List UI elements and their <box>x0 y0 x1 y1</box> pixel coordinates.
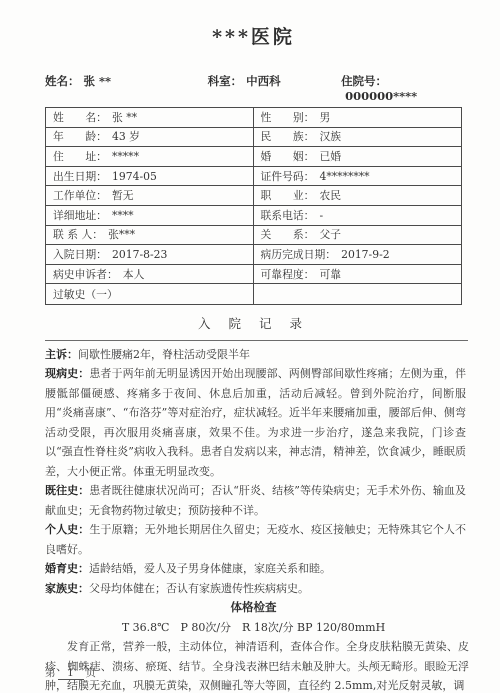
field-value: 父子 <box>319 227 341 242</box>
field-value: 已婚 <box>319 149 341 164</box>
table-cell: 工作单位：暂无 <box>46 186 254 205</box>
patient-header: 姓名：张 ** 科室：中西科 住院号：000000**** <box>45 73 462 103</box>
field-value: 农民 <box>319 188 341 203</box>
field-label: 住 址： <box>53 149 107 164</box>
personal-history: 个人史：生于原籍；无外地长期居住久留史；无疫水、疫区接触史；无特殊其它个人不良嗜… <box>45 520 466 559</box>
family-history-text: 父母均体健在；否认有家族遗传性疾病病史。 <box>89 582 309 595</box>
field-value: 男 <box>319 110 330 125</box>
table-row: 工作单位：暂无 职 业：农民 <box>46 186 461 206</box>
field-label: 民 族： <box>261 129 315 144</box>
family-history-label: 家族史： <box>45 582 89 595</box>
chief-complaint: 主诉：间歇性腰痛2年，脊柱活动受限半年 <box>45 345 466 365</box>
table-cell: 出生日期：1974-05 <box>46 167 254 186</box>
table-cell: 详细地址：**** <box>46 206 254 225</box>
table-cell: 民 族：汉族 <box>254 128 462 147</box>
header-name-label: 姓名： <box>45 74 80 88</box>
field-label: 证件号码： <box>261 169 315 184</box>
field-value: 张 ** <box>112 110 137 125</box>
header-name-value: 张 ** <box>84 74 112 88</box>
field-value: - <box>319 209 323 222</box>
physical-exam-description: 发育正常，营养一般，主动体位，神清语利，查体合作。全身皮肤粘膜无黄染、皮疹、蜘蛛… <box>45 637 469 693</box>
table-row: 姓 名：张 ** 性 别：男 <box>46 108 461 128</box>
field-value: 张*** <box>108 227 135 242</box>
field-value: 本人 <box>123 267 145 282</box>
header-name: 姓名：张 ** <box>45 73 208 103</box>
field-label: 出生日期： <box>53 169 107 184</box>
field-label: 入院日期： <box>53 247 107 262</box>
medical-record-page: ***医院 姓名：张 ** 科室：中西科 住院号：000000**** 姓 名：… <box>0 0 500 693</box>
table-cell <box>254 284 462 304</box>
header-admission-no-label: 住院号： <box>341 74 387 88</box>
physical-exam-title: 体格检查 <box>45 598 462 618</box>
hospital-title: ***医院 <box>45 22 462 49</box>
admission-record-title: 入 院 记 录 <box>45 314 462 332</box>
field-label: 联 系 人： <box>53 227 103 242</box>
field-value: **** <box>112 209 134 222</box>
header-admission-no-value: 000000**** <box>345 89 417 103</box>
field-label: 病历完成日期： <box>261 247 337 262</box>
chief-complaint-label: 主诉： <box>45 348 78 361</box>
table-cell: 婚 姻：已婚 <box>254 147 462 166</box>
marital-history: 婚育史：适龄结婚，爱人及子男身体健康，家庭关系和睦。 <box>45 559 466 579</box>
table-row: 联 系 人：张*** 关 系：父子 <box>46 226 461 246</box>
personal-history-label: 个人史： <box>45 523 89 536</box>
patient-info-table: 姓 名：张 ** 性 别：男 年 龄：43 岁 民 族：汉族 住 址：*****… <box>45 107 462 305</box>
header-admission-no: 住院号：000000**** <box>341 73 462 103</box>
field-value: 可靠 <box>319 267 341 282</box>
table-row: 病史申诉者：本人 可靠程度：可靠 <box>46 265 461 285</box>
table-cell: 过敏史（一） <box>46 284 254 304</box>
table-cell: 性 别：男 <box>254 108 462 127</box>
page-footer: 第1页 <box>45 665 96 680</box>
divider <box>45 340 468 341</box>
table-cell: 关 系：父子 <box>254 226 462 245</box>
present-illness-label: 现病史： <box>45 367 89 380</box>
table-row: 过敏史（一） <box>46 284 461 304</box>
marital-history-label: 婚育史： <box>45 562 89 575</box>
field-label: 年 龄： <box>53 129 107 144</box>
field-label: 婚 姻： <box>261 149 315 164</box>
table-cell: 病史申诉者：本人 <box>46 265 254 284</box>
field-label: 详细地址： <box>53 208 107 223</box>
table-cell: 入院日期：2017-8-23 <box>46 245 254 264</box>
past-history-text: 患者既往健康状况尚可；否认“肝炎、结核”等传染病史；无手术外伤、输血及献血史；无… <box>45 484 466 517</box>
page-number: 1 <box>58 667 84 680</box>
field-label: 过敏史（一） <box>53 287 118 302</box>
present-illness: 现病史：患者于两年前无明显诱因开始出现腰部、两侧臀部间歇性疼痛；左侧为重，伴腰骶… <box>45 364 466 481</box>
field-value: 暂无 <box>112 188 134 203</box>
table-cell: 住 址：***** <box>46 147 254 166</box>
page-footer-prefix: 第 <box>45 667 56 679</box>
field-label: 关 系： <box>261 227 315 242</box>
physical-exam-vitals: T 36.8℃ P 80次/分 R 18次/分 BP 120/80mmH <box>45 618 462 638</box>
header-department-value: 中西科 <box>246 74 281 88</box>
field-value: 2017-9-2 <box>341 248 390 261</box>
table-cell: 年 龄：43 岁 <box>46 128 254 147</box>
header-department-label: 科室： <box>208 74 243 88</box>
field-value: 1974-05 <box>112 170 157 183</box>
table-cell: 联 系 人：张*** <box>46 226 254 245</box>
field-label: 病史申诉者： <box>53 267 118 282</box>
table-row: 出生日期：1974-05 证件号码：4******** <box>46 167 461 187</box>
field-label: 可靠程度： <box>261 267 315 282</box>
marital-history-text: 适龄结婚，爱人及子男身体健康，家庭关系和睦。 <box>89 562 331 575</box>
table-cell: 职 业：农民 <box>254 186 462 205</box>
family-history: 家族史：父母均体健在；否认有家族遗传性疾病病史。 <box>45 579 466 599</box>
table-row: 住 址：***** 婚 姻：已婚 <box>46 147 461 167</box>
table-row: 年 龄：43 岁 民 族：汉族 <box>46 128 461 148</box>
field-label: 职 业： <box>261 188 315 203</box>
field-value: 4******** <box>319 170 369 183</box>
page-footer-suffix: 页 <box>86 667 97 679</box>
past-history-label: 既往史： <box>45 484 89 497</box>
table-row: 详细地址：**** 联系电话：- <box>46 206 461 226</box>
header-department: 科室：中西科 <box>208 73 341 103</box>
past-history: 既往史：患者既往健康状况尚可；否认“肝炎、结核”等传染病史；无手术外伤、输血及献… <box>45 481 466 520</box>
table-cell: 姓 名：张 ** <box>46 108 254 127</box>
field-label: 性 别： <box>261 110 315 125</box>
present-illness-text: 患者于两年前无明显诱因开始出现腰部、两侧臀部间歇性疼痛；左侧为重，伴腰骶部僵硬感… <box>45 367 466 478</box>
table-cell: 病历完成日期：2017-9-2 <box>254 245 462 264</box>
field-value: 2017-8-23 <box>112 248 167 261</box>
table-cell: 联系电话：- <box>254 206 462 225</box>
field-value: 43 岁 <box>112 129 140 144</box>
table-cell: 可靠程度：可靠 <box>254 265 462 284</box>
field-value: 汉族 <box>319 129 341 144</box>
field-label: 联系电话： <box>261 208 315 223</box>
field-value: ***** <box>112 150 139 163</box>
field-label: 工作单位： <box>53 188 107 203</box>
table-row: 入院日期：2017-8-23 病历完成日期：2017-9-2 <box>46 245 461 265</box>
chief-complaint-text: 间歇性腰痛2年，脊柱活动受限半年 <box>78 348 250 361</box>
field-label: 姓 名： <box>53 110 107 125</box>
table-cell: 证件号码：4******** <box>254 167 462 186</box>
personal-history-text: 生于原籍；无外地长期居住久留史；无疫水、疫区接触史；无特殊其它个人不良嗜好。 <box>45 523 466 556</box>
